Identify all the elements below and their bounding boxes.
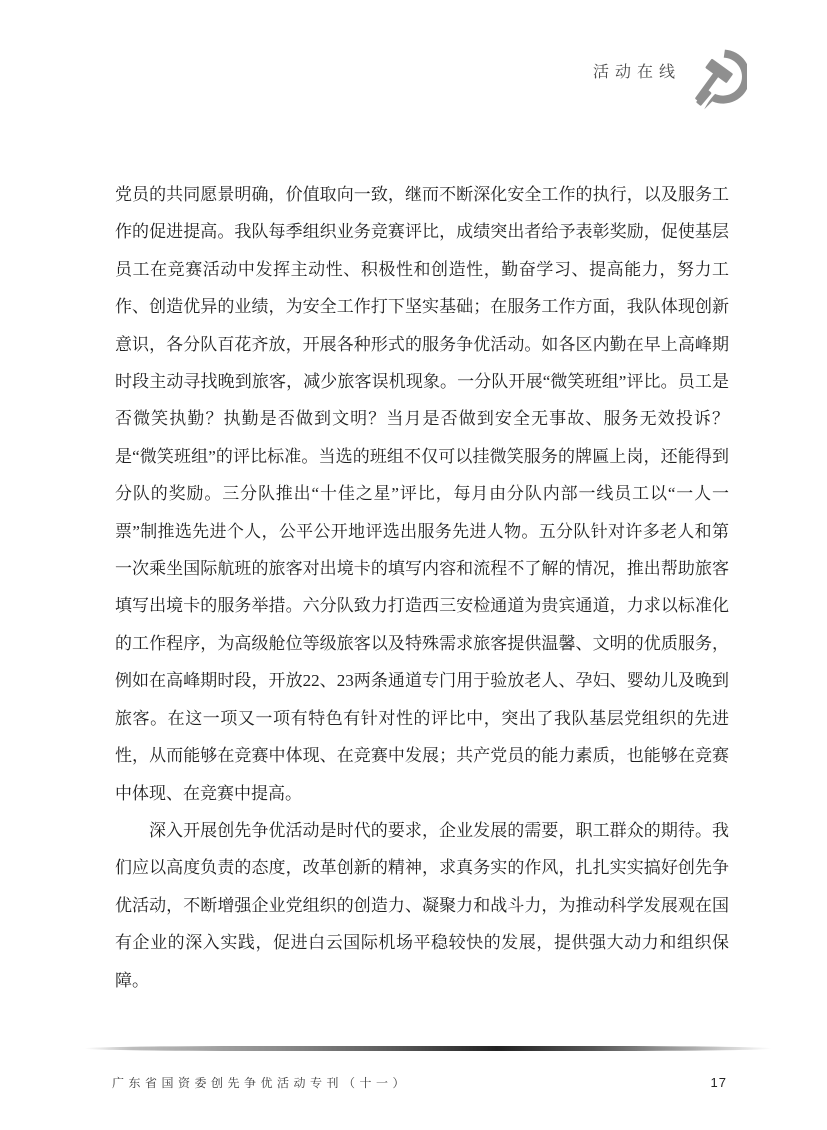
party-emblem-icon xyxy=(689,45,747,114)
page-number: 17 xyxy=(711,1075,727,1090)
footer-journal-title: 广东省国资委创先争优活动专刊（十一） xyxy=(112,1074,409,1091)
header-title: 活动在线 xyxy=(593,59,681,82)
paragraph: 党员的共同愿景明确，价值取向一致，继而不断深化安全工作的执行，以及服务工作的促进… xyxy=(115,176,729,812)
article-body: 党员的共同愿景明确，价值取向一致，继而不断深化安全工作的执行，以及服务工作的促进… xyxy=(115,176,729,999)
page-footer: 广东省国资委创先争优活动专刊（十一） 17 xyxy=(112,1074,727,1091)
document-page: 活动在线 党员的共同愿景明确，价值取向一致，继而不断深化安全工作的执行，以及服务… xyxy=(0,0,827,1130)
footer-divider xyxy=(84,1046,772,1051)
paragraph: 深入开展创先争优活动是时代的要求，企业发展的需要，职工群众的期待。我们应以高度负… xyxy=(115,812,729,999)
